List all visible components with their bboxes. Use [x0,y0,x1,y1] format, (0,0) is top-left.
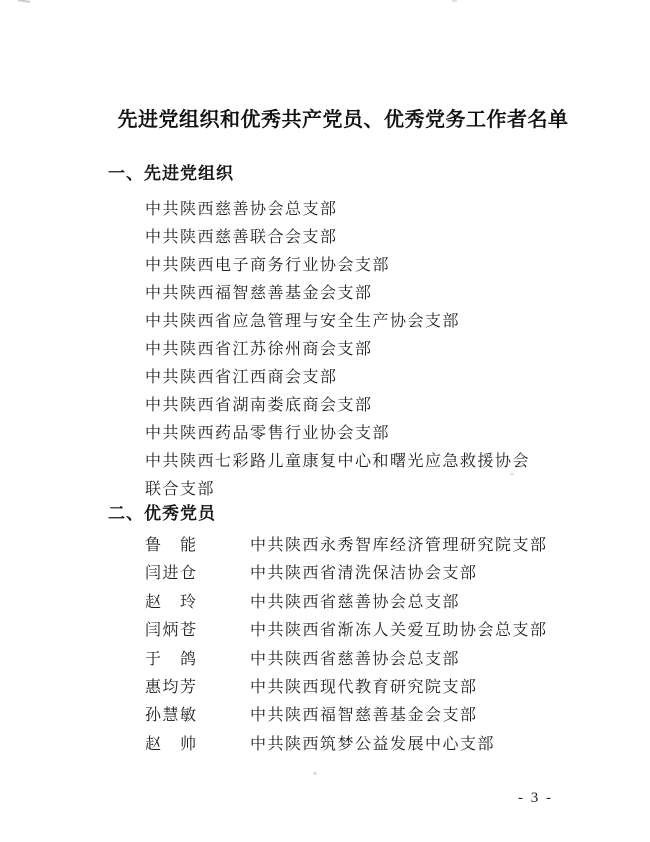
organization-item: 中共陕西慈善联合会支部 [145,224,543,252]
organization-item: 中共陕西七彩路儿童康复中心和曙光应急救援协会联合支部 [145,448,543,504]
organization-item: 中共陕西省江西商会支部 [145,364,543,392]
organization-item: 中共陕西省湖南娄底商会支部 [145,392,543,420]
member-organization: 中共陕西福智慈善基金会支部 [250,702,478,730]
organization-item: 中共陕西省应急管理与安全生产协会支部 [145,308,543,336]
scan-artifact [452,0,457,2]
member-name: 赵 玲 [145,589,250,617]
section-heading-advanced-organizations: 一、先进党组织 [108,162,234,186]
member-name: 闫炳苍 [145,617,250,645]
member-organization: 中共陕西省慈善协会总支部 [250,646,460,674]
page-number: - 3 - [518,790,553,807]
member-name: 赵 帅 [145,731,250,759]
member-row: 孙慧敏 中共陕西福智慈善基金会支部 [145,702,605,730]
section-heading-outstanding-members: 二、优秀党员 [108,502,216,526]
member-row: 惠均芳 中共陕西现代教育研究院支部 [145,674,605,702]
member-name: 于 鸽 [145,646,250,674]
document-title: 先进党组织和优秀共产党员、优秀党务工作者名单 [36,105,650,135]
organization-item: 中共陕西药品零售行业协会支部 [145,420,543,448]
member-organization: 中共陕西永秀智库经济管理研究院支部 [250,532,548,560]
member-organization: 中共陕西省清洗保洁协会支部 [250,560,478,588]
organization-list: 中共陕西慈善协会总支部 中共陕西慈善联合会支部 中共陕西电子商务行业协会支部 中… [145,196,543,504]
member-organization: 中共陕西省慈善协会总支部 [250,589,460,617]
member-name: 惠均芳 [145,674,250,702]
member-organization: 中共陕西筑梦公益发展中心支部 [250,731,495,759]
member-row: 鲁 能 中共陕西永秀智库经济管理研究院支部 [145,532,605,560]
member-row: 赵 玲 中共陕西省慈善协会总支部 [145,589,605,617]
organization-item: 中共陕西福智慈善基金会支部 [145,280,543,308]
member-name: 鲁 能 [145,532,250,560]
member-name: 闫进仓 [145,560,250,588]
scan-artifact [18,0,30,3]
scanned-document-page: 先进党组织和优秀共产党员、优秀党务工作者名单 一、先进党组织 中共陕西慈善协会总… [0,0,650,842]
scan-artifact [313,772,317,775]
member-name: 孙慧敏 [145,702,250,730]
organization-item: 中共陕西慈善协会总支部 [145,196,543,224]
organization-item: 中共陕西电子商务行业协会支部 [145,252,543,280]
member-list: 鲁 能 中共陕西永秀智库经济管理研究院支部 闫进仓 中共陕西省清洗保洁协会支部 … [145,532,605,759]
member-row: 闫进仓 中共陕西省清洗保洁协会支部 [145,560,605,588]
member-row: 于 鸽 中共陕西省慈善协会总支部 [145,646,605,674]
member-organization: 中共陕西现代教育研究院支部 [250,674,478,702]
member-organization: 中共陕西省渐冻人关爱互助协会总支部 [250,617,548,645]
member-row: 闫炳苍 中共陕西省渐冻人关爱互助协会总支部 [145,617,605,645]
member-row: 赵 帅 中共陕西筑梦公益发展中心支部 [145,731,605,759]
organization-item: 中共陕西省江苏徐州商会支部 [145,336,543,364]
